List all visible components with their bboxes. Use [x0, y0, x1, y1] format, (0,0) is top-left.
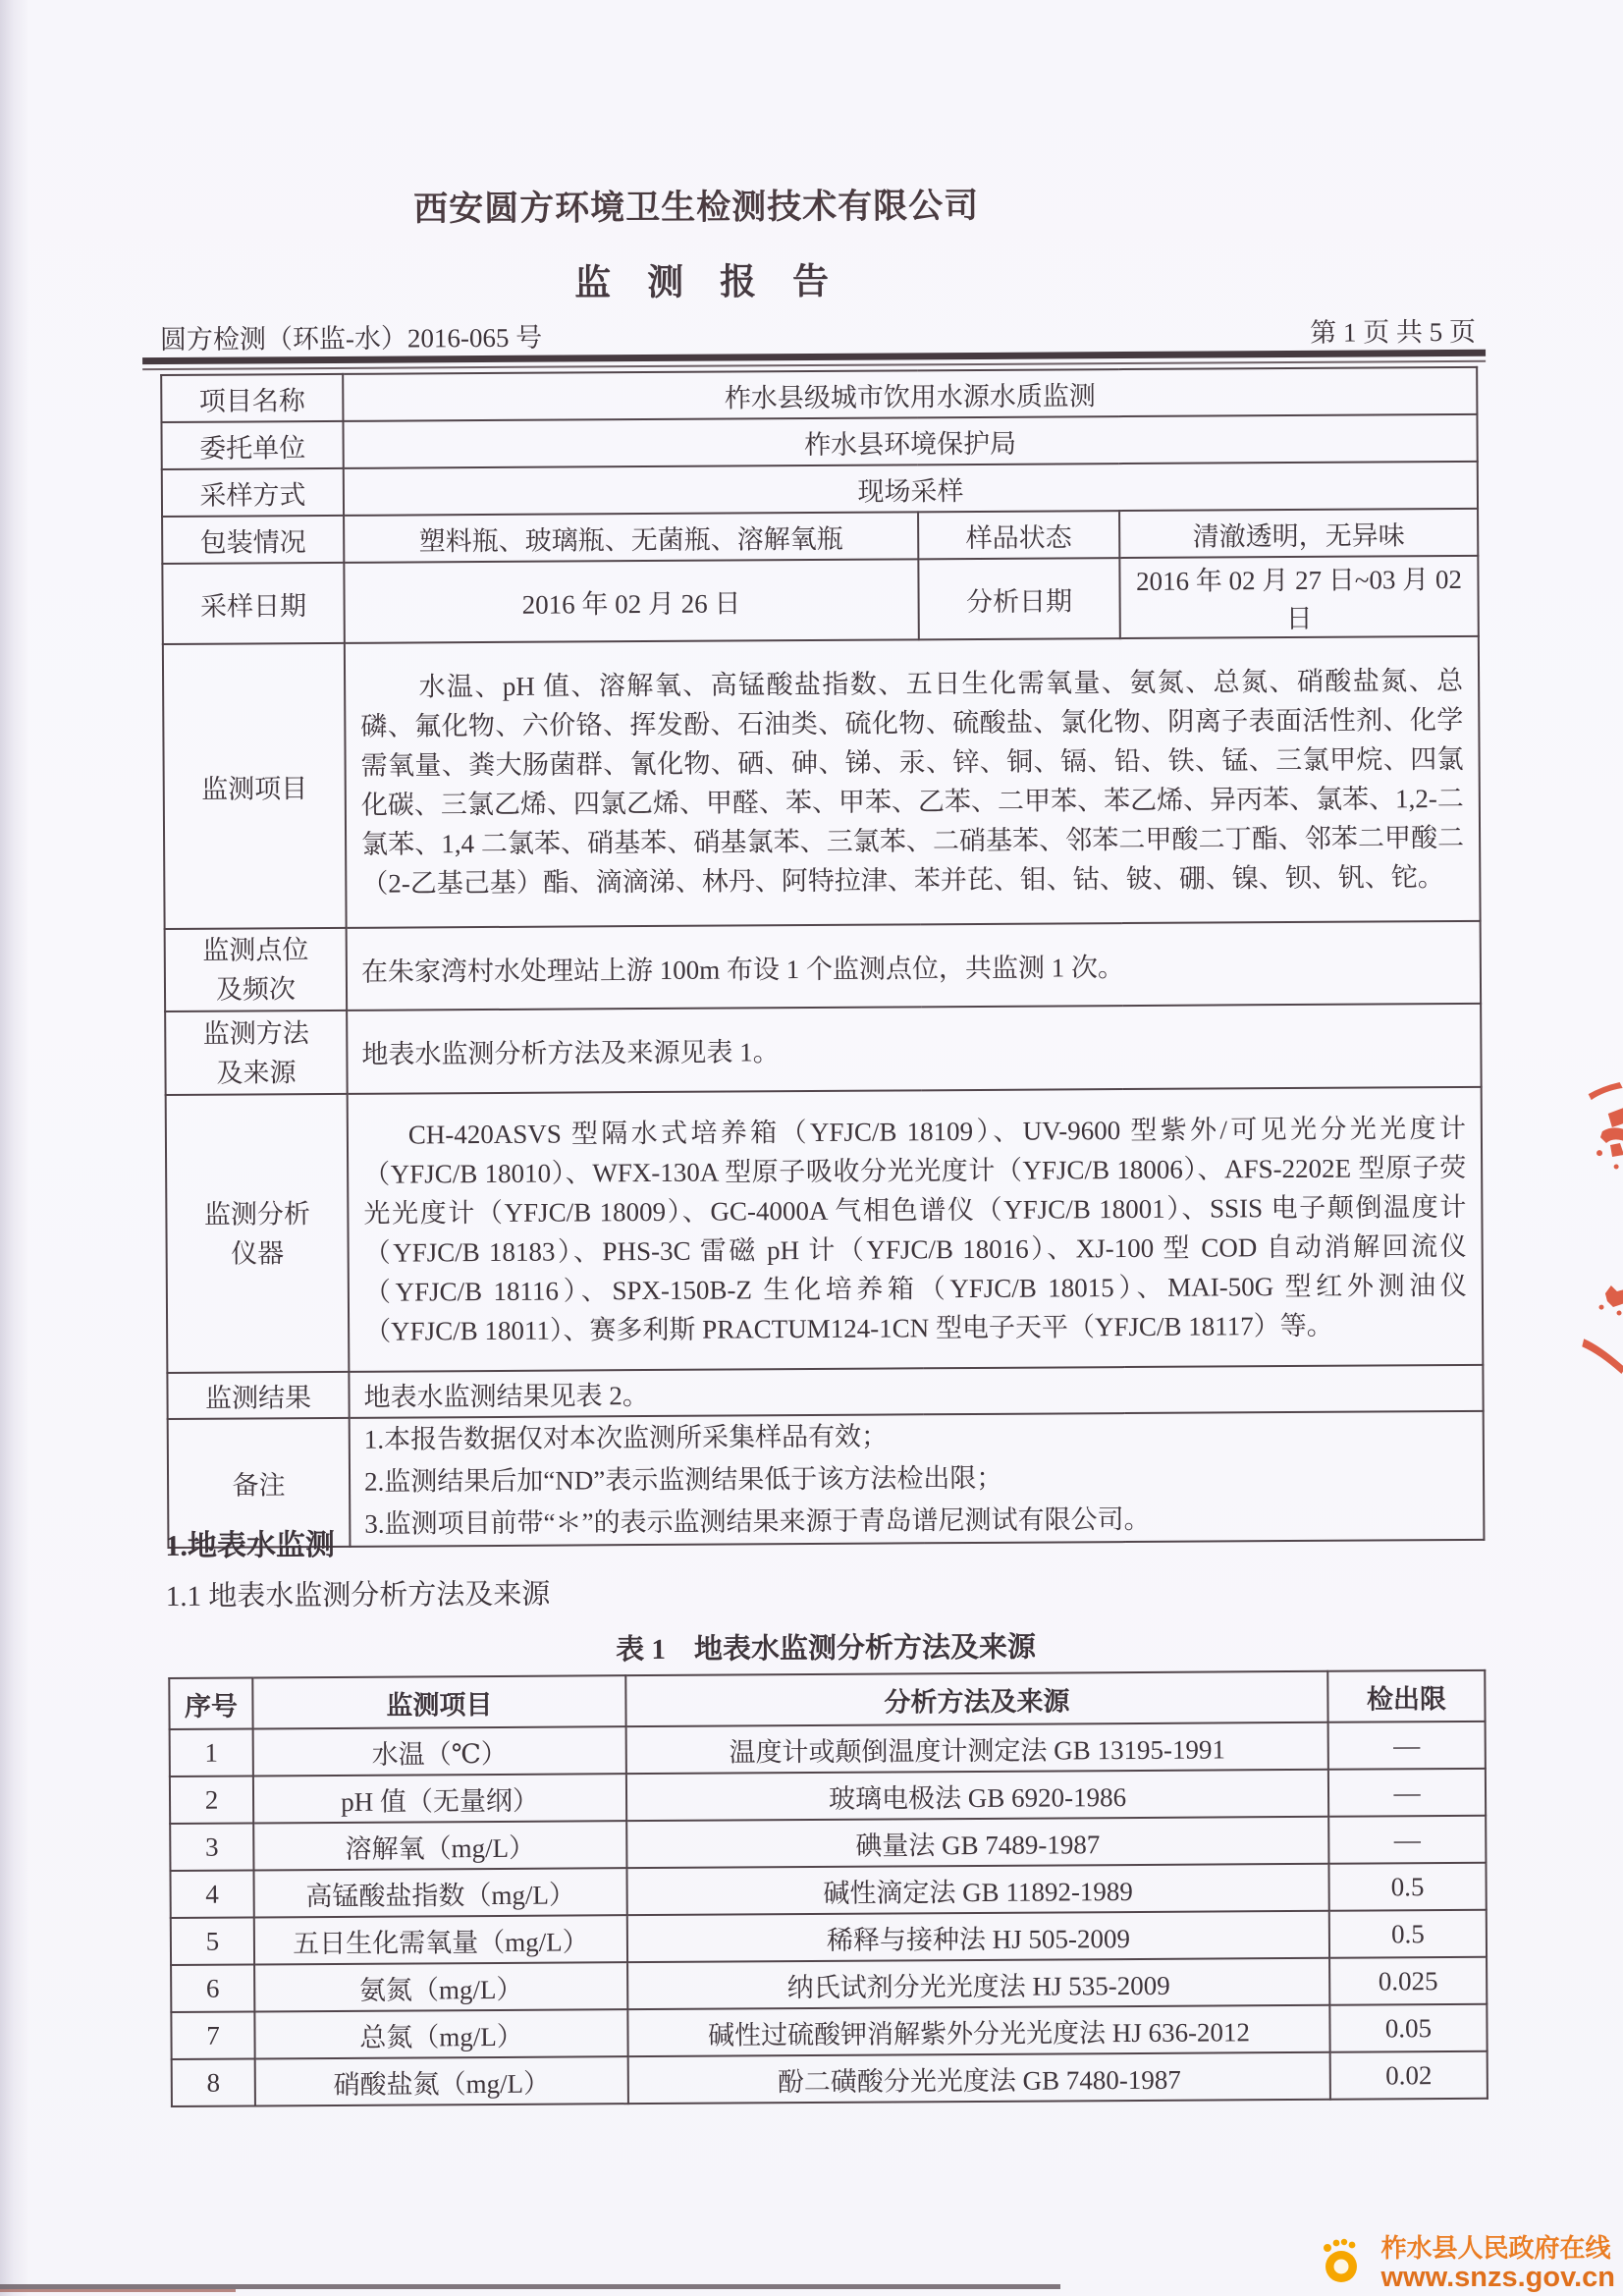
remark-line-1: 1.本报告数据仅对本次监测所采集样品有效；: [364, 1412, 1469, 1461]
table-row: 采样方式 现场采样: [162, 462, 1478, 517]
site-watermark: 柞水县人民政府在线 www.snzs.gov.cn: [1313, 2231, 1616, 2293]
site-name: 柞水县人民政府在线: [1381, 2233, 1616, 2263]
sampling-method-value: 现场采样: [344, 462, 1478, 516]
table-row: 5五日生化需氧量（mg/L）稀释与接种法 HJ 505-20090.5: [171, 1910, 1487, 1965]
analysis-date-label: 分析日期: [918, 558, 1119, 639]
client-value: 柞水县环境保护局: [343, 414, 1477, 468]
sampling-date-label: 采样日期: [162, 563, 344, 644]
footprint-logo-icon: [1313, 2231, 1370, 2293]
monitoring-points-label: 监测点位 及频次: [165, 928, 348, 1011]
col-header-item: 监测项目: [252, 1675, 625, 1728]
table-row: 7总氮（mg/L）碱性过硫酸钾消解紫外分光光度法 HJ 636-20120.05: [171, 2004, 1487, 2059]
table-row: 监测结果 地表水监测结果见表 2。: [167, 1365, 1483, 1419]
doc-number: 圆方检测（环监-水）2016-065 号: [160, 316, 542, 356]
table-row: 1水温（℃）温度计或颠倒温度计测定法 GB 13195-1991—: [170, 1722, 1486, 1777]
project-name-value: 柞水县级城市饮用水源水质监测: [343, 367, 1477, 421]
client-label: 委托单位: [161, 421, 343, 469]
table-row: 监测分析 仪器 CH-420ASVS 型隔水式培养箱（YFJC/B 18109）…: [166, 1087, 1484, 1373]
sampling-method-label: 采样方式: [162, 468, 344, 517]
table-row: 项目名称 柞水县级城市饮用水源水质监测: [161, 367, 1477, 422]
col-header-method: 分析方法及来源: [625, 1671, 1327, 1726]
packaging-label: 包装情况: [162, 516, 344, 564]
red-stamp-fragment-upper: [1587, 1080, 1623, 1183]
remark-line-3: 3.监测项目前带“＊”的表示监测结果来源于青岛谱尼测试有限公司。: [364, 1497, 1469, 1546]
monitoring-points-value: 在朱家湾村水处理站上游 100m 布设 1 个监测点位，共监测 1 次。: [347, 921, 1482, 1011]
remark-line-2: 2.监测结果后加“ND”表示监测结果低于该方法检出限；: [364, 1454, 1469, 1503]
table-row: 6氨氮（mg/L）纳氏试剂分光光度法 HJ 535-20090.025: [171, 1957, 1487, 2012]
table-row: 监测项目 水温、pH 值、溶解氧、高锰酸盐指数、五日生化需氧量、氨氮、总氮、硝酸…: [163, 636, 1481, 929]
sample-state-label: 样品状态: [918, 511, 1119, 559]
project-name-label: 项目名称: [161, 374, 343, 422]
analysis-date-value: 2016 年 02 月 27 日~03 月 02 日: [1119, 556, 1479, 638]
table-row: 2pH 值（无量纲）玻璃电极法 GB 6920-1986—: [170, 1769, 1486, 1824]
col-header-limit: 检出限: [1327, 1670, 1485, 1722]
table-row: 8硝酸盐氮（mg/L）酚二磺酸分光光度法 GB 7480-19870.02: [172, 2051, 1488, 2106]
table-row: 监测点位 及频次 在朱家湾村水处理站上游 100m 布设 1 个监测点位，共监测…: [165, 921, 1482, 1011]
report-info-table: 项目名称 柞水县级城市饮用水源水质监测 委托单位 柞水县环境保护局 采样方式 现…: [160, 366, 1485, 1549]
monitoring-items-label: 监测项目: [163, 643, 347, 929]
instruments-value: CH-420ASVS 型隔水式培养箱（YFJC/B 18109）、UV-9600…: [348, 1087, 1484, 1372]
col-header-no: 序号: [169, 1677, 252, 1729]
company-title: 西安圆方环境卫生检测技术有限公司: [0, 176, 1398, 234]
table-header-row: 序号 监测项目 分析方法及来源 检出限: [169, 1670, 1485, 1729]
monitoring-method-label: 监测方法 及来源: [165, 1011, 348, 1095]
monitoring-items-value: 水温、pH 值、溶解氧、高锰酸盐指数、五日生化需氧量、氨氮、总氮、硝酸盐氮、总磷…: [345, 636, 1481, 928]
section-heading-1: 1.地表水监测: [165, 1520, 335, 1564]
table1-caption: 表 1 地表水监测分析方法及来源: [168, 1622, 1484, 1670]
sample-state-value: 清澈透明，无异味: [1119, 509, 1478, 558]
remark-value: 1.本报告数据仅对本次监测所采集样品有效； 2.监测结果后加“ND”表示监测结果…: [350, 1411, 1485, 1547]
table-row: 4高锰酸盐指数（mg/L）碱性滴定法 GB 11892-19890.5: [170, 1863, 1486, 1918]
methods-table: 序号 监测项目 分析方法及来源 检出限 1水温（℃）温度计或颠倒温度计测定法 G…: [168, 1669, 1488, 2107]
table-row: 监测方法 及来源 地表水监测分析方法及来源见表 1。: [165, 1004, 1482, 1095]
result-value: 地表水监测结果见表 2。: [349, 1365, 1483, 1418]
section-heading-1-1: 1.1 地表水监测分析方法及来源: [166, 1572, 551, 1614]
scanned-report-page: 西安圆方环境卫生检测技术有限公司 监 测 报 告 圆方检测（环监-水）2016-…: [0, 0, 1623, 2296]
instruments-label: 监测分析 仪器: [166, 1094, 350, 1373]
table-row: 包装情况 塑料瓶、玻璃瓶、无菌瓶、溶解氧瓶 样品状态 清澈透明，无异味: [162, 509, 1478, 564]
report-title: 监 测 报 告: [0, 247, 1409, 309]
monitoring-method-value: 地表水监测分析方法及来源见表 1。: [347, 1004, 1482, 1094]
table-row: 3溶解氧（mg/L）碘量法 GB 7489-1987—: [170, 1816, 1486, 1871]
document-content: 西安圆方环境卫生检测技术有限公司 监 测 报 告 圆方检测（环监-水）2016-…: [0, 0, 1623, 2296]
packaging-value: 塑料瓶、玻璃瓶、无菌瓶、溶解氧瓶: [344, 512, 918, 563]
document-meta-line: 圆方检测（环监-水）2016-065 号 第 1 页 共 5 页: [160, 310, 1476, 356]
page-indicator: 第 1 页 共 5 页: [1310, 310, 1476, 350]
red-stamp-fragment-lower: [1582, 1284, 1623, 1374]
table-row: 采样日期 2016 年 02 月 26 日 分析日期 2016 年 02 月 2…: [162, 556, 1478, 644]
sampling-date-value: 2016 年 02 月 26 日: [344, 559, 918, 643]
table-row: 备注 1.本报告数据仅对本次监测所采集样品有效； 2.监测结果后加“ND”表示监…: [168, 1411, 1485, 1548]
table-row: 委托单位 柞水县环境保护局: [161, 414, 1477, 469]
result-label: 监测结果: [167, 1372, 349, 1419]
site-url: www.snzs.gov.cn: [1381, 2263, 1616, 2292]
